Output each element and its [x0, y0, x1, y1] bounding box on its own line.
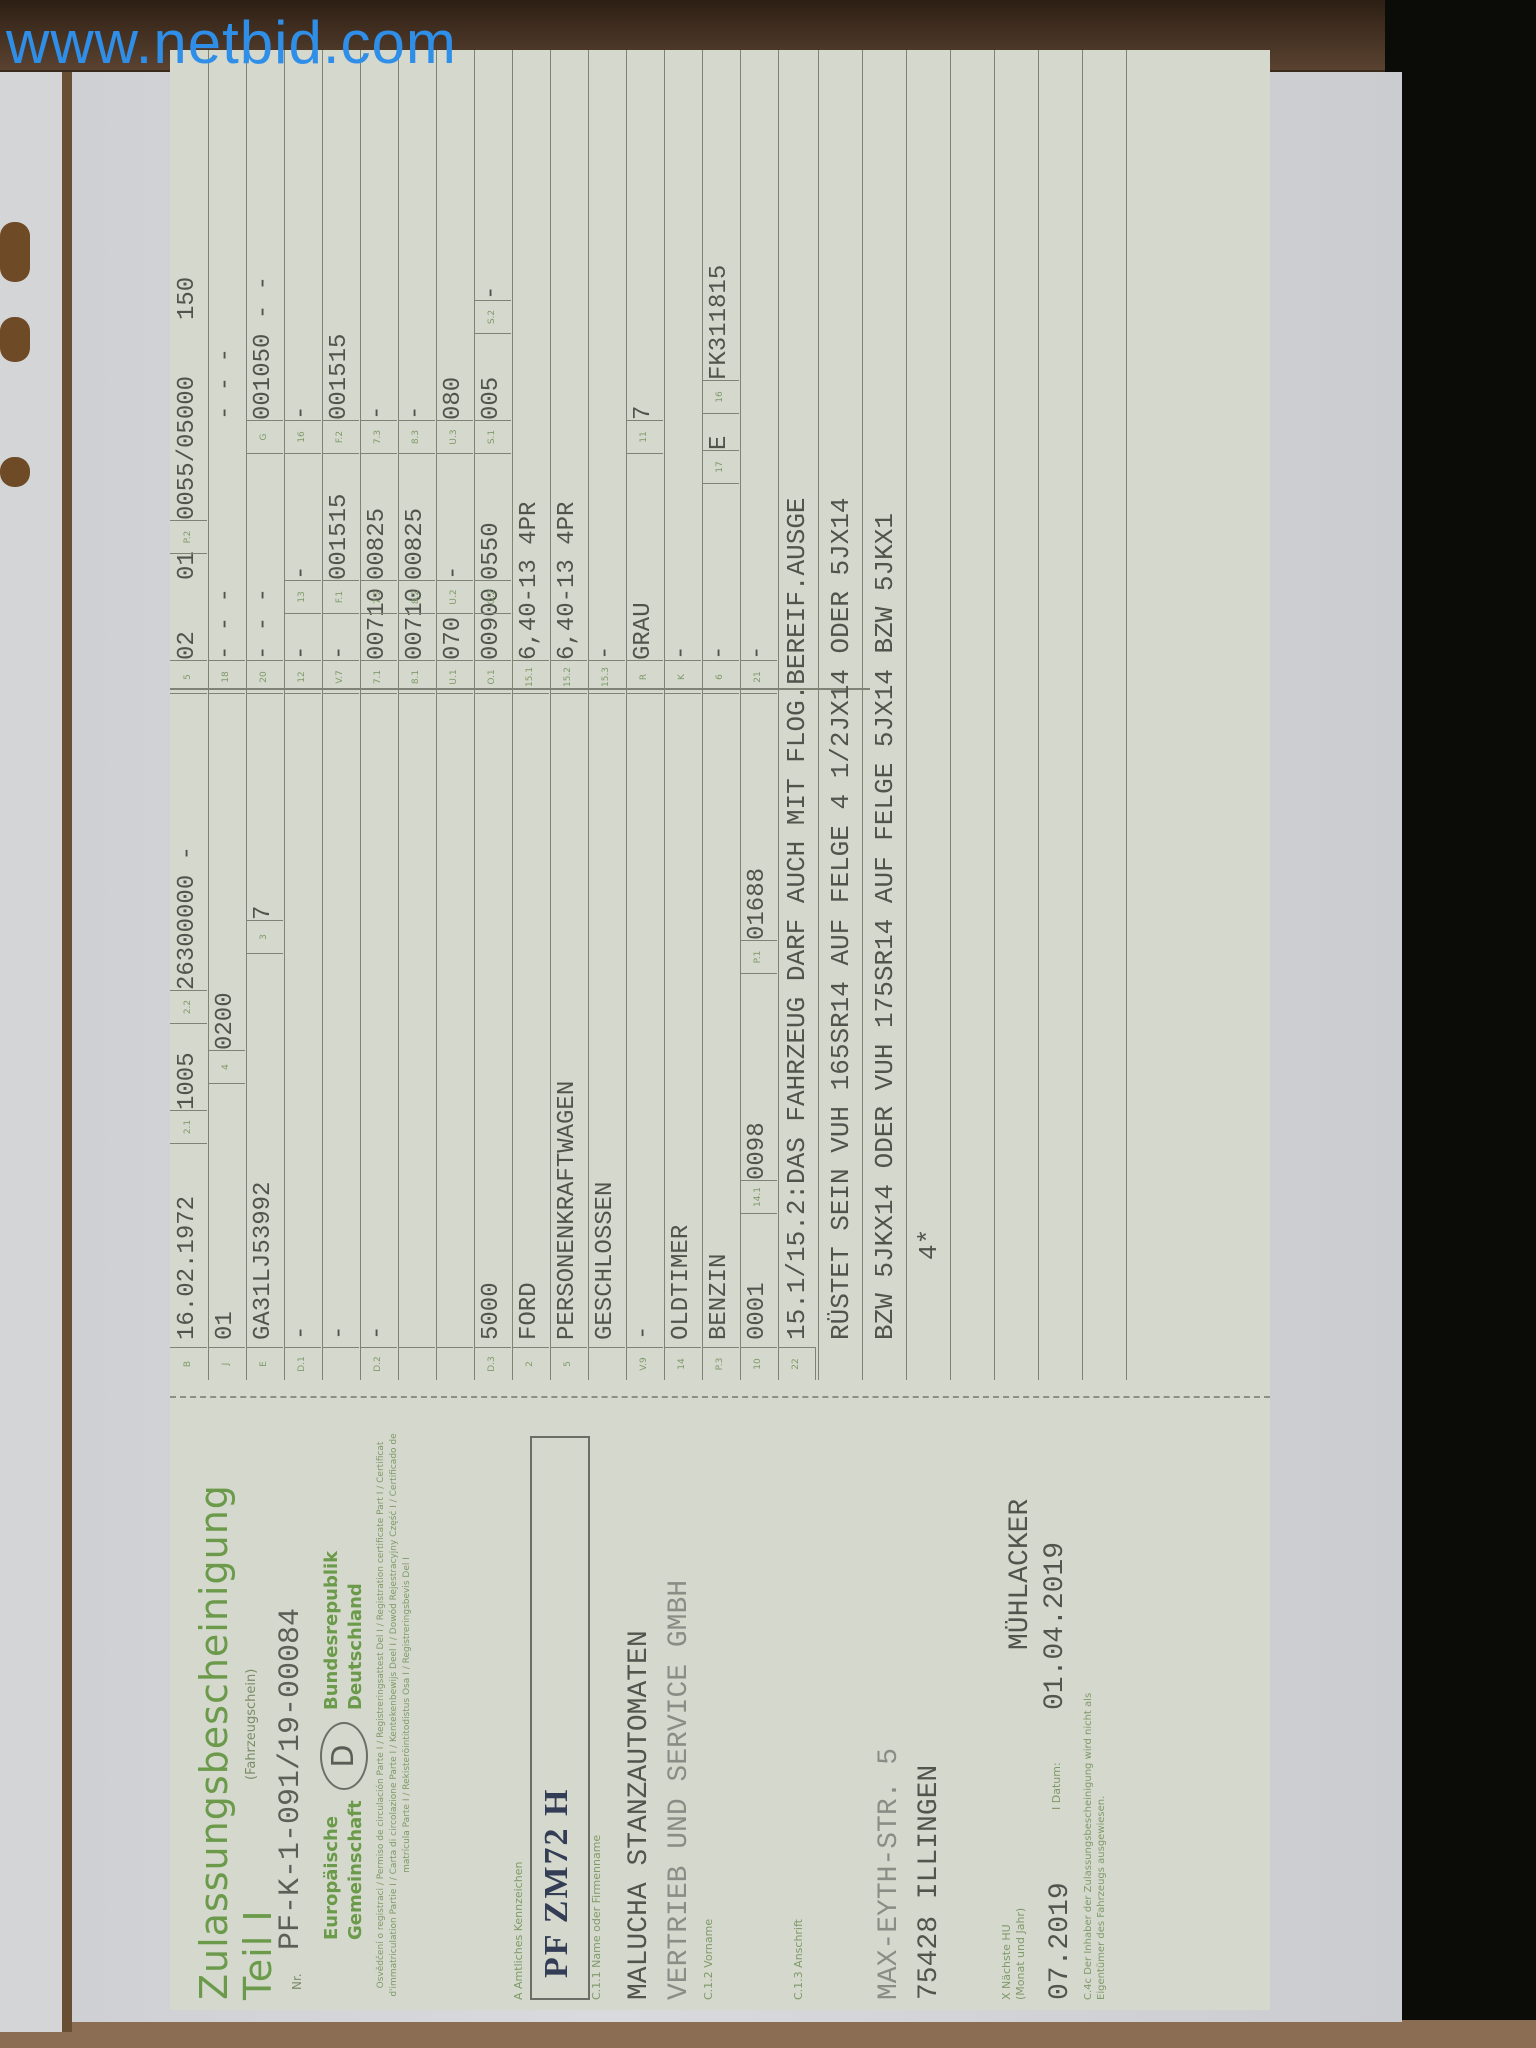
field-value: GESCHLOSSEN — [592, 1182, 619, 1340]
field-value: 0200 — [212, 992, 239, 1050]
remarks-line: 4* — [914, 1229, 944, 1260]
field-row: V.9-RGRAU117 — [626, 50, 665, 1380]
owner-address: MAX-EYTH-STR. 5 75428 ILLINGEN — [870, 1748, 950, 2000]
remarks-code: 22 — [778, 1347, 816, 1380]
field-value: E — [706, 436, 733, 450]
next-inspection-label: X Nächste HU (Monat und Jahr) — [1000, 1908, 1028, 2000]
sleeve-edge — [62, 72, 72, 2032]
field-row: U.1070U.2-U.3080 — [436, 50, 475, 1380]
field-code: V.9 — [626, 1347, 663, 1380]
field-value: - - - — [212, 348, 239, 420]
field-value: 001515 — [326, 334, 353, 420]
field-code: B — [170, 1347, 207, 1380]
field-row: D.35000O.100900O.20550S.1005S.2- — [474, 50, 513, 1380]
field-value: OLDTIMER — [668, 1225, 695, 1340]
field-value: GRAU — [630, 602, 657, 660]
field-code: S.1 — [474, 420, 511, 454]
ruled-line — [1126, 50, 1127, 1380]
document-title: Zulassungsbescheinigung Teil I — [192, 1410, 280, 2000]
remarks-line: RÜSTET SEIN VUH 165SR14 AUF FELGE 4 1/2J… — [826, 497, 856, 1340]
field-value: 0098 — [744, 1122, 771, 1180]
field-value: BENZIN — [706, 1254, 733, 1340]
field-value: - — [288, 646, 315, 660]
multilingual-note: Osvědčení o registraci / Permiso de circ… — [375, 1430, 414, 2000]
field-code: P.2 — [170, 520, 207, 554]
punch-hole-icon — [0, 222, 30, 282]
field-value: 01 — [212, 1311, 239, 1340]
ruled-line — [1038, 50, 1039, 1380]
field-code: 17 — [702, 450, 739, 484]
field-code: P.3 — [702, 1347, 739, 1380]
field-code: 10 — [740, 1347, 777, 1380]
background-dark-edge — [1385, 0, 1536, 2048]
field-code: V.7 — [322, 660, 359, 694]
field-code: 7.3 — [360, 420, 397, 454]
field-code: F.2 — [322, 420, 359, 454]
field-code: 6 — [702, 660, 739, 694]
field-code: 14 — [664, 1347, 701, 1380]
field-code: O.2 — [474, 580, 511, 614]
field-value: - — [706, 646, 733, 660]
field-code: 18 — [208, 660, 245, 694]
field-value: - — [630, 1326, 657, 1340]
field-value: 0055/05000 — [174, 376, 201, 520]
field-code: G — [246, 420, 283, 454]
field-code: K — [664, 660, 701, 694]
field-code: 3 — [246, 920, 283, 954]
field-value: 001515 — [326, 494, 353, 580]
document-number: PF-K-1-091/19-00084 — [274, 1608, 308, 1950]
field-code: 14.1 — [740, 1180, 777, 1214]
field-code: 7.2 — [360, 580, 397, 614]
field-value: FORD — [516, 1282, 543, 1340]
field-code: D.1 — [284, 1347, 321, 1380]
field-row: 8.1007108.2008258.3- — [398, 50, 437, 1380]
plastic-sleeve-strip — [0, 72, 64, 2032]
field-value: 01688 — [744, 868, 771, 940]
field-row: 2FORD15.16,40-13 4PR — [512, 50, 551, 1380]
field-value: - — [364, 406, 391, 420]
field-row: J014020018- - -- - - — [208, 50, 247, 1380]
ruled-line — [862, 50, 863, 1380]
field-row: EGA31LJ539923720- - -G001050 - - — [246, 50, 285, 1380]
field-value: 26300000 - — [174, 846, 201, 990]
field-code: E — [246, 1347, 283, 1380]
field-row: 5PERSONENKRAFTWAGEN15.26,40-13 4PR — [550, 50, 589, 1380]
field-value: 070 — [440, 617, 467, 660]
field-value: 01 — [174, 551, 201, 580]
field-row: D.1-12-13-16- — [284, 50, 323, 1380]
country-code-oval-icon: D — [320, 1722, 368, 1790]
field-value: - — [668, 646, 695, 660]
eu-label: Europäische Gemeinschaft — [320, 1800, 368, 1940]
field-value: GA31LJ53992 — [250, 1182, 277, 1340]
vehicle-data-grid: B16.02.19722.110052.226300000 -50201P.20… — [170, 50, 1270, 1380]
background-desk-bottom — [0, 2020, 1536, 2048]
field-code: 5 — [170, 660, 207, 694]
field-code: U.3 — [436, 420, 473, 454]
license-plate: PF ZM72 H — [538, 1788, 576, 1979]
address-label: C.1.3 Anschrift — [792, 1919, 805, 2000]
field-value: PERSONENKRAFTWAGEN — [554, 1081, 581, 1340]
field-code: F.1 — [322, 580, 359, 614]
field-row: GESCHLOSSEN15.3- — [588, 50, 627, 1380]
field-value: 00825 — [402, 508, 429, 580]
field-value: - — [326, 1326, 353, 1340]
field-value: - — [288, 406, 315, 420]
ruled-line — [906, 50, 907, 1380]
field-code — [588, 1347, 625, 1380]
field-value: 1005 — [174, 1052, 201, 1110]
punch-hole-icon — [0, 317, 30, 362]
field-value: FK311815 — [706, 265, 733, 380]
punch-hole-icon — [0, 457, 30, 487]
field-code: J — [208, 1347, 245, 1380]
field-value: 5000 — [478, 1282, 505, 1340]
field-value: - — [288, 566, 315, 580]
field-value: 02 — [174, 631, 201, 660]
ownership-note: C.4c Der Inhaber der Zulassungsbescheini… — [1082, 1660, 1108, 2000]
field-row: -V.7-F.1001515F.2001515 — [322, 50, 361, 1380]
owner-name: MALUCHA STANZAUTOMATEN VERTRIEB UND SERV… — [620, 1580, 700, 2000]
remarks-line: BZW 5JKX14 ODER VUH 175SR14 AUF FELGE 5J… — [870, 513, 900, 1340]
field-code: P.1 — [740, 940, 777, 974]
field-code: 8.1 — [398, 660, 435, 694]
field-value: 150 — [174, 277, 201, 320]
field-row: B16.02.19722.110052.226300000 -50201P.20… — [170, 50, 209, 1380]
field-value: - — [744, 646, 771, 660]
field-value: 080 — [440, 377, 467, 420]
document-subtitle: (Fahrzeugschein) — [244, 1669, 259, 1780]
ruled-line — [950, 50, 951, 1380]
field-code: D.3 — [474, 1347, 511, 1380]
field-value: 0550 — [478, 522, 505, 580]
field-code: 11 — [626, 420, 663, 454]
owner-name-label: C.1.1 Name oder Firmenname — [590, 1835, 603, 2000]
field-value: 6,40-13 4PR — [516, 502, 543, 660]
field-value: - — [592, 646, 619, 660]
field-row: P.3BENZIN6-17E16FK311815 — [702, 50, 741, 1380]
first-name-label: C.1.2 Vorname — [702, 1919, 715, 2000]
field-row: D.2-7.1007107.2008257.3- — [360, 50, 399, 1380]
field-code: 20 — [246, 660, 283, 694]
field-value: - - - — [250, 588, 277, 660]
field-value: - — [288, 1326, 315, 1340]
remarks-line: 15.1/15.2:DAS FAHRZEUG DARF AUCH MIT FLO… — [782, 497, 812, 1340]
field-code — [398, 1347, 435, 1380]
field-code — [322, 1347, 359, 1380]
field-value: - — [402, 406, 429, 420]
field-code: 16 — [284, 420, 321, 454]
field-code: 15.2 — [550, 660, 587, 694]
field-code: D.2 — [360, 1347, 397, 1380]
country-label: Bundesrepublik Deutschland — [320, 1551, 368, 1710]
issue-place: MÜHLACKER — [1005, 1499, 1036, 1650]
field-value: 005 — [478, 377, 505, 420]
issue-date-label: I Datum: — [1050, 1762, 1063, 1810]
field-code: O.1 — [474, 660, 511, 694]
ruled-line — [1082, 50, 1083, 1380]
field-code: 2 — [512, 1347, 549, 1380]
field-code: 15.3 — [588, 660, 625, 694]
field-code: S.2 — [474, 300, 511, 334]
field-code: U.2 — [436, 580, 473, 614]
field-value: - — [364, 1326, 391, 1340]
field-code: 4 — [208, 1050, 245, 1084]
field-value: 0001 — [744, 1282, 771, 1340]
watermark: www.netbid.com — [6, 8, 457, 77]
field-value: - — [326, 646, 353, 660]
field-code: 8.3 — [398, 420, 435, 454]
field-value: 16.02.1972 — [174, 1196, 201, 1340]
license-plate-label: A Amtliches Kennzeichen — [512, 1862, 525, 2000]
license-plate-box: PF ZM72 H — [530, 1436, 590, 2000]
field-code: 7.1 — [360, 660, 397, 694]
field-code: 5 — [550, 1347, 587, 1380]
field-row: 10000114.10098P.10168821- — [740, 50, 779, 1380]
field-code: 13 — [284, 580, 321, 614]
field-code: 21 — [740, 660, 777, 694]
field-code: 2.2 — [170, 990, 207, 1024]
perforation-line — [170, 1396, 1270, 1398]
field-code: 15.1 — [512, 660, 549, 694]
field-value: 001050 - - — [250, 276, 277, 420]
next-inspection-date: 07.2019 — [1045, 1882, 1076, 2000]
field-value: 7 — [250, 906, 277, 920]
field-value: - — [440, 566, 467, 580]
field-code: 16 — [702, 380, 739, 414]
field-code: U.1 — [436, 660, 473, 694]
field-code: 12 — [284, 660, 321, 694]
field-code — [436, 1347, 473, 1380]
field-value: 6,40-13 4PR — [554, 502, 581, 660]
field-code: 2.1 — [170, 1110, 207, 1144]
field-value: - — [478, 286, 505, 300]
field-row: 14OLDTIMERK- — [664, 50, 703, 1380]
ruled-line — [818, 50, 819, 1380]
field-code: R — [626, 660, 663, 694]
field-value: 7 — [630, 406, 657, 420]
issue-date: 01.04.2019 — [1040, 1542, 1071, 1710]
field-code: 8.2 — [398, 580, 435, 614]
field-value: 00825 — [364, 508, 391, 580]
document-header-pane: Zulassungsbescheinigung Teil I (Fahrzeug… — [170, 1410, 1270, 2010]
field-value: - - - — [212, 588, 239, 660]
registration-document: Zulassungsbescheinigung Teil I (Fahrzeug… — [170, 50, 1270, 2010]
ruled-line — [994, 50, 995, 1380]
nr-label: Nr. — [290, 1973, 304, 1990]
